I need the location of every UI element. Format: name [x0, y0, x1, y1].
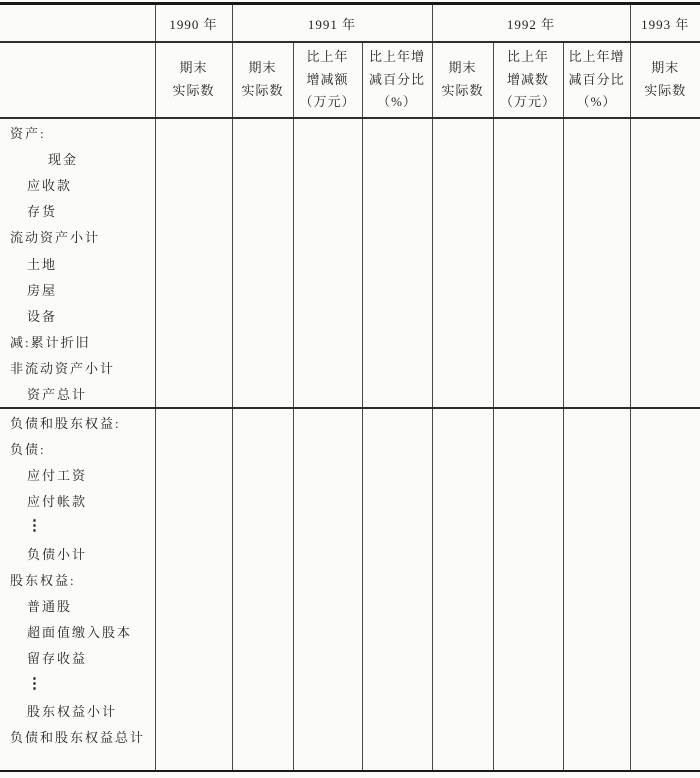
empty-data-cell: [493, 461, 563, 487]
empty-data-cell: [155, 488, 232, 514]
empty-data-cell: [293, 566, 362, 592]
empty-data-cell: [432, 408, 493, 435]
table-row: 股东权益:: [0, 566, 700, 592]
table-row: 应付工资: [0, 461, 700, 487]
empty-data-cell: [432, 645, 493, 671]
empty-data-cell: [493, 435, 563, 461]
empty-data-cell: [155, 592, 232, 618]
row-label: 非流动资产小计: [0, 355, 155, 381]
empty-data-cell: [630, 750, 700, 771]
empty-data-cell: [155, 461, 232, 487]
empty-data-cell: [232, 566, 293, 592]
empty-data-cell: [563, 540, 630, 566]
empty-data-cell: [362, 408, 432, 435]
empty-data-cell: [362, 171, 432, 197]
empty-data-cell: [155, 514, 232, 540]
empty-data-cell: [432, 118, 493, 145]
row-label: 设备: [0, 302, 155, 328]
table-row: 负债小计: [0, 540, 700, 566]
empty-data-cell: [563, 302, 630, 328]
empty-data-cell: [232, 514, 293, 540]
empty-data-cell: [493, 302, 563, 328]
subheader-1992-change-percent: 比上年增 减百分比 （%）: [563, 42, 630, 118]
row-label: 房屋: [0, 276, 155, 302]
empty-data-cell: [232, 750, 293, 771]
empty-data-cell: [155, 697, 232, 723]
empty-data-cell: [493, 355, 563, 381]
empty-data-cell: [432, 276, 493, 302]
empty-data-cell: [362, 645, 432, 671]
table-row: 存货: [0, 198, 700, 224]
table-row: 留存收益: [0, 645, 700, 671]
empty-data-cell: [232, 145, 293, 171]
empty-data-cell: [362, 540, 432, 566]
empty-data-cell: [432, 435, 493, 461]
table-row: 股东权益小计: [0, 697, 700, 723]
empty-data-cell: [630, 461, 700, 487]
empty-data-cell: [293, 224, 362, 250]
row-label: 资产总计: [0, 381, 155, 408]
empty-data-cell: [493, 750, 563, 771]
empty-data-cell: [362, 198, 432, 224]
empty-data-cell: [362, 435, 432, 461]
empty-data-cell: [155, 302, 232, 328]
empty-data-cell: [232, 592, 293, 618]
empty-data-cell: [493, 118, 563, 145]
spacer-row: [0, 750, 700, 771]
empty-data-cell: [362, 224, 432, 250]
empty-data-cell: [493, 592, 563, 618]
empty-data-cell: [493, 145, 563, 171]
empty-data-cell: [432, 171, 493, 197]
empty-data-cell: [232, 355, 293, 381]
empty-data-cell: [563, 408, 630, 435]
empty-data-cell: [293, 145, 362, 171]
row-label: 减:累计折旧: [0, 329, 155, 355]
empty-data-cell: [563, 435, 630, 461]
empty-data-cell: [362, 250, 432, 276]
empty-data-cell: [155, 540, 232, 566]
empty-data-cell: [293, 329, 362, 355]
empty-data-cell: [493, 408, 563, 435]
empty-data-cell: [155, 671, 232, 697]
subheader-1992-ending-actual: 期末 实际数: [432, 42, 493, 118]
table-row: 现金: [0, 145, 700, 171]
empty-data-cell: [563, 224, 630, 250]
empty-data-cell: [630, 355, 700, 381]
empty-data-cell: [155, 171, 232, 197]
empty-data-cell: [293, 671, 362, 697]
empty-data-cell: [232, 171, 293, 197]
empty-data-cell: [155, 198, 232, 224]
empty-data-cell: [563, 619, 630, 645]
year-header-1991: 1991 年: [232, 4, 432, 43]
table-row: 负债:: [0, 435, 700, 461]
table-row: 减:累计折旧: [0, 329, 700, 355]
subheader-1993-ending-actual: 期末 实际数: [630, 42, 700, 118]
empty-data-cell: [493, 514, 563, 540]
empty-data-cell: [155, 408, 232, 435]
empty-data-cell: [630, 329, 700, 355]
empty-data-cell: [232, 540, 293, 566]
empty-data-cell: [232, 118, 293, 145]
empty-data-cell: [362, 592, 432, 618]
empty-data-cell: [432, 619, 493, 645]
empty-data-cell: [293, 723, 362, 749]
row-label: 股东权益小计: [0, 697, 155, 723]
empty-data-cell: [155, 145, 232, 171]
empty-data-cell: [630, 697, 700, 723]
empty-data-cell: [563, 118, 630, 145]
empty-data-cell: [432, 750, 493, 771]
empty-data-cell: [432, 302, 493, 328]
row-label: 留存收益: [0, 645, 155, 671]
empty-data-cell: [362, 302, 432, 328]
empty-data-cell: [432, 488, 493, 514]
empty-data-cell: [432, 329, 493, 355]
table-row: 应收款: [0, 171, 700, 197]
empty-data-cell: [630, 250, 700, 276]
empty-data-cell: [293, 171, 362, 197]
empty-data-cell: [232, 224, 293, 250]
empty-data-cell: [293, 461, 362, 487]
empty-data-cell: [493, 276, 563, 302]
empty-data-cell: [155, 435, 232, 461]
empty-data-cell: [293, 619, 362, 645]
empty-data-cell: [362, 750, 432, 771]
year-header-1993: 1993 年: [630, 4, 700, 43]
empty-data-cell: [432, 250, 493, 276]
empty-data-cell: [493, 566, 563, 592]
empty-data-cell: [232, 723, 293, 749]
empty-data-cell: [293, 697, 362, 723]
empty-data-cell: [362, 566, 432, 592]
row-label: 应付帐款: [0, 488, 155, 514]
empty-data-cell: [630, 408, 700, 435]
empty-data-cell: [563, 329, 630, 355]
table-row: 非流动资产小计: [0, 355, 700, 381]
empty-data-cell: [432, 224, 493, 250]
empty-data-cell: [232, 645, 293, 671]
empty-data-cell: [432, 671, 493, 697]
empty-data-cell: [232, 250, 293, 276]
empty-data-cell: [630, 145, 700, 171]
empty-data-cell: [493, 723, 563, 749]
empty-data-cell: [630, 619, 700, 645]
empty-data-cell: [493, 540, 563, 566]
year-header-row: 1990 年 1991 年 1992 年 1993 年: [0, 4, 700, 43]
empty-data-cell: [232, 697, 293, 723]
empty-data-cell: [630, 592, 700, 618]
empty-data-cell: [232, 198, 293, 224]
empty-data-cell: [432, 723, 493, 749]
empty-data-cell: [155, 250, 232, 276]
empty-data-cell: [293, 198, 362, 224]
empty-data-cell: [293, 592, 362, 618]
empty-data-cell: [630, 302, 700, 328]
empty-data-cell: [232, 329, 293, 355]
empty-data-cell: [362, 118, 432, 145]
empty-data-cell: [493, 697, 563, 723]
empty-data-cell: [563, 723, 630, 749]
empty-data-cell: [563, 750, 630, 771]
empty-data-cell: [630, 723, 700, 749]
empty-data-cell: [155, 619, 232, 645]
empty-data-cell: [362, 276, 432, 302]
empty-data-cell: [630, 540, 700, 566]
empty-data-cell: [563, 645, 630, 671]
row-label: 负债小计: [0, 540, 155, 566]
row-label: 应付工资: [0, 461, 155, 487]
empty-data-cell: [293, 302, 362, 328]
table-row: 土地: [0, 250, 700, 276]
empty-data-cell: [493, 619, 563, 645]
table-row: 流动资产小计: [0, 224, 700, 250]
empty-data-cell: [563, 198, 630, 224]
empty-data-cell: [155, 381, 232, 408]
empty-data-cell: [563, 592, 630, 618]
empty-data-cell: [362, 355, 432, 381]
table-body: 资产:现金应收款存货流动资产小计土地房屋设备减:累计折旧非流动资产小计资产总计负…: [0, 118, 700, 771]
table-row: 负债和股东权益:: [0, 408, 700, 435]
empty-data-cell: [630, 645, 700, 671]
row-label: 超面值缴入股本: [0, 619, 155, 645]
subheader-1991-ending-actual: 期末 实际数: [232, 42, 293, 118]
empty-data-cell: [493, 224, 563, 250]
row-label: 现金: [0, 145, 155, 171]
row-label: 负债:: [0, 435, 155, 461]
empty-data-cell: [155, 723, 232, 749]
empty-data-cell: [362, 514, 432, 540]
empty-data-cell: [563, 697, 630, 723]
empty-data-cell: [630, 224, 700, 250]
empty-data-cell: [232, 461, 293, 487]
table-row: 设备: [0, 302, 700, 328]
empty-data-cell: [362, 697, 432, 723]
empty-data-cell: [293, 250, 362, 276]
empty-data-cell: [293, 355, 362, 381]
empty-data-cell: [493, 198, 563, 224]
empty-data-cell: [432, 145, 493, 171]
empty-data-cell: [155, 355, 232, 381]
empty-data-cell: [630, 118, 700, 145]
empty-data-cell: [563, 145, 630, 171]
empty-data-cell: [232, 302, 293, 328]
empty-data-cell: [493, 645, 563, 671]
row-label: 股东权益:: [0, 566, 155, 592]
empty-data-cell: [293, 750, 362, 771]
row-label: 负债和股东权益:: [0, 408, 155, 435]
empty-data-cell: [362, 619, 432, 645]
empty-data-cell: [563, 566, 630, 592]
empty-data-cell: [155, 276, 232, 302]
year-header-1992: 1992 年: [432, 4, 630, 43]
empty-data-cell: [362, 381, 432, 408]
empty-data-cell: [232, 435, 293, 461]
row-ellipsis: ⋮: [0, 671, 155, 697]
empty-data-cell: [0, 750, 155, 771]
empty-data-cell: [155, 118, 232, 145]
empty-data-cell: [630, 488, 700, 514]
empty-data-cell: [563, 171, 630, 197]
empty-data-cell: [362, 488, 432, 514]
empty-data-cell: [362, 671, 432, 697]
empty-data-cell: [432, 514, 493, 540]
table-row: ⋮: [0, 671, 700, 697]
subheader-1990-ending-actual: 期末 实际数: [155, 42, 232, 118]
empty-data-cell: [232, 619, 293, 645]
table-row: ⋮: [0, 514, 700, 540]
row-label: 普通股: [0, 592, 155, 618]
stub-header-blank: [0, 4, 155, 43]
empty-data-cell: [563, 461, 630, 487]
empty-data-cell: [630, 276, 700, 302]
table-row: 负债和股东权益总计: [0, 723, 700, 749]
empty-data-cell: [563, 355, 630, 381]
empty-data-cell: [563, 250, 630, 276]
empty-data-cell: [232, 276, 293, 302]
empty-data-cell: [493, 329, 563, 355]
empty-data-cell: [630, 514, 700, 540]
empty-data-cell: [493, 488, 563, 514]
empty-data-cell: [293, 645, 362, 671]
year-header-1990: 1990 年: [155, 4, 232, 43]
row-label: 资产:: [0, 118, 155, 145]
empty-data-cell: [362, 145, 432, 171]
empty-data-cell: [563, 671, 630, 697]
empty-data-cell: [563, 488, 630, 514]
empty-data-cell: [563, 276, 630, 302]
scanned-page: 1990 年 1991 年 1992 年 1993 年 期末 实际数 期末 实际…: [0, 0, 700, 778]
empty-data-cell: [493, 671, 563, 697]
row-ellipsis: ⋮: [0, 514, 155, 540]
empty-data-cell: [630, 381, 700, 408]
empty-data-cell: [293, 118, 362, 145]
table-row: 应付帐款: [0, 488, 700, 514]
row-label: 流动资产小计: [0, 224, 155, 250]
comparative-balance-sheet-table: 1990 年 1991 年 1992 年 1993 年 期末 实际数 期末 实际…: [0, 2, 700, 772]
empty-data-cell: [232, 671, 293, 697]
empty-data-cell: [493, 250, 563, 276]
empty-data-cell: [362, 461, 432, 487]
empty-data-cell: [630, 566, 700, 592]
empty-data-cell: [155, 566, 232, 592]
empty-data-cell: [155, 329, 232, 355]
table-row: 房屋: [0, 276, 700, 302]
empty-data-cell: [493, 171, 563, 197]
empty-data-cell: [630, 435, 700, 461]
empty-data-cell: [155, 224, 232, 250]
empty-data-cell: [493, 381, 563, 408]
empty-data-cell: [432, 198, 493, 224]
empty-data-cell: [432, 540, 493, 566]
empty-data-cell: [432, 381, 493, 408]
empty-data-cell: [362, 723, 432, 749]
empty-data-cell: [630, 671, 700, 697]
empty-data-cell: [432, 592, 493, 618]
table-row: 资产:: [0, 118, 700, 145]
empty-data-cell: [630, 198, 700, 224]
empty-data-cell: [432, 355, 493, 381]
empty-data-cell: [293, 540, 362, 566]
empty-data-cell: [362, 329, 432, 355]
empty-data-cell: [432, 566, 493, 592]
empty-data-cell: [432, 461, 493, 487]
empty-data-cell: [293, 514, 362, 540]
row-label: 土地: [0, 250, 155, 276]
subheader-1992-change-amount: 比上年 增减数 （万元）: [493, 42, 563, 118]
row-label: 应收款: [0, 171, 155, 197]
empty-data-cell: [293, 488, 362, 514]
empty-data-cell: [155, 750, 232, 771]
empty-data-cell: [563, 514, 630, 540]
empty-data-cell: [293, 381, 362, 408]
stub-subheader-blank: [0, 42, 155, 118]
empty-data-cell: [155, 645, 232, 671]
subheader-1991-change-percent: 比上年增 减百分比 （%）: [362, 42, 432, 118]
row-label: 负债和股东权益总计: [0, 723, 155, 749]
subheader-row: 期末 实际数 期末 实际数 比上年 增减额 （万元） 比上年增 减百分比 （%）…: [0, 42, 700, 118]
empty-data-cell: [563, 381, 630, 408]
empty-data-cell: [293, 408, 362, 435]
table-row: 资产总计: [0, 381, 700, 408]
empty-data-cell: [432, 697, 493, 723]
empty-data-cell: [630, 171, 700, 197]
empty-data-cell: [232, 408, 293, 435]
empty-data-cell: [293, 435, 362, 461]
row-label: 存货: [0, 198, 155, 224]
empty-data-cell: [293, 276, 362, 302]
empty-data-cell: [232, 488, 293, 514]
table-row: 普通股: [0, 592, 700, 618]
table-row: 超面值缴入股本: [0, 619, 700, 645]
subheader-1991-change-amount: 比上年 增减额 （万元）: [293, 42, 362, 118]
empty-data-cell: [232, 381, 293, 408]
